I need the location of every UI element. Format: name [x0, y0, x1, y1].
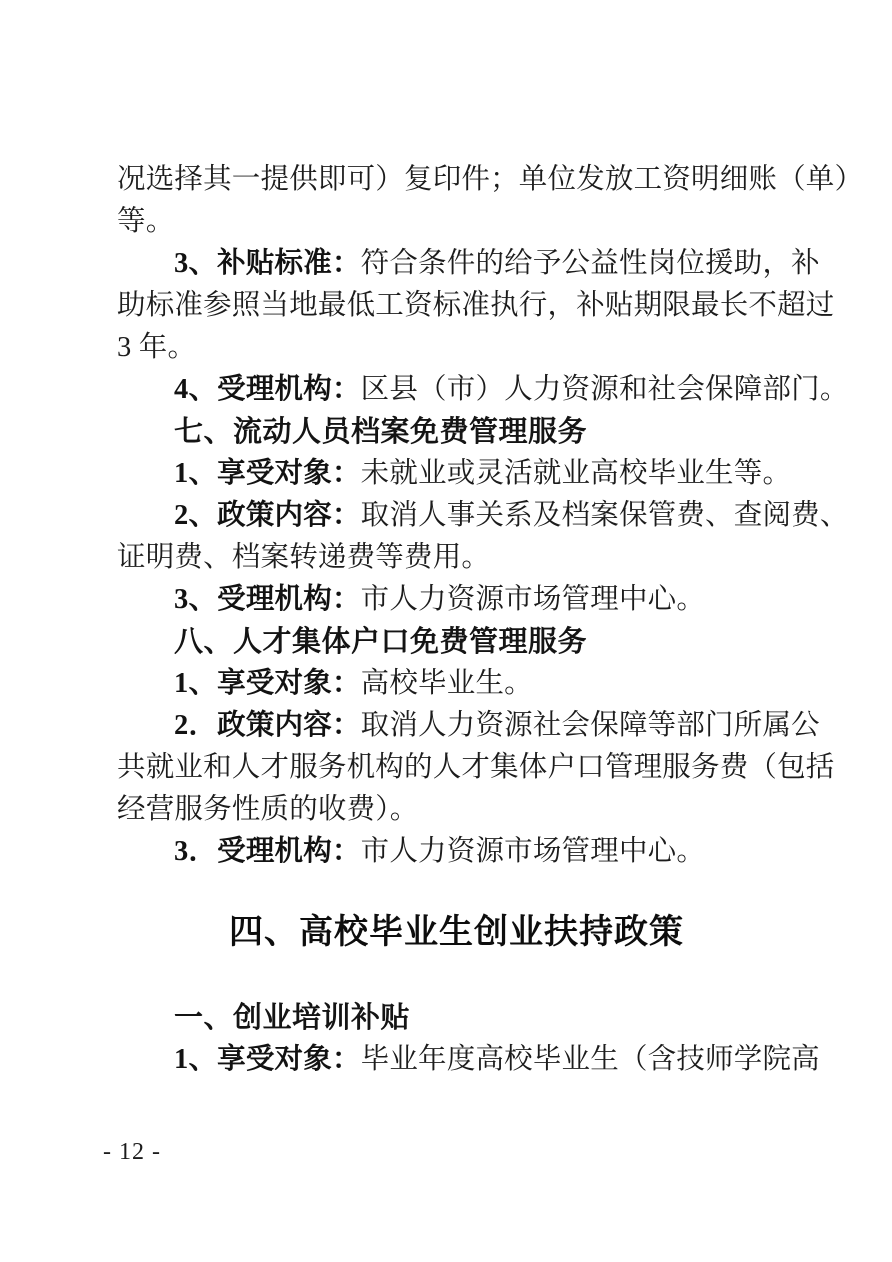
paragraph-line: 3、受理机构：市人力资源市场管理中心。 — [117, 579, 850, 621]
document-body: 况选择其一提供即可）复印件；单位发放工资明细账（单） 等。 3、补贴标准：符合条… — [117, 159, 850, 1081]
section-heading: 八、人才集体户口免费管理服务 — [117, 621, 850, 663]
list-item-label: 3、补贴标准： — [174, 248, 361, 279]
paragraph-line: 1、享受对象：毕业年度高校毕业生（含技师学院高 — [117, 1039, 850, 1081]
page-number: - 12 - — [103, 1139, 161, 1165]
paragraph-line: 3 年。 — [117, 327, 850, 369]
paragraph-line: 经营服务性质的收费）。 — [117, 789, 850, 831]
paragraph-text: 取消人力资源社会保障等部门所属公 — [361, 710, 820, 741]
paragraph-line: 4、受理机构：区县（市）人力资源和社会保障部门。 — [117, 369, 850, 411]
paragraph-text: 未就业或灵活就业高校毕业生等。 — [361, 458, 792, 489]
list-item-label: 2、政策内容： — [174, 500, 361, 531]
paragraph: 1、享受对象：毕业年度高校毕业生（含技师学院高 — [117, 1039, 850, 1081]
paragraph-line: 助标准参照当地最低工资标准执行，补贴期限最长不超过 — [117, 285, 850, 327]
paragraph-line: 证明费、档案转递费等费用。 — [117, 537, 850, 579]
paragraph-line: 2、政策内容：取消人事关系及档案保管费、查阅费、 — [117, 495, 850, 537]
paragraph: 2．政策内容：取消人力资源社会保障等部门所属公 共就业和人才服务机构的人才集体户… — [117, 705, 850, 831]
paragraph: 1、享受对象：未就业或灵活就业高校毕业生等。 — [117, 453, 850, 495]
paragraph: 3、补贴标准：符合条件的给予公益性岗位援助，补 助标准参照当地最低工资标准执行，… — [117, 243, 850, 369]
paragraph: 3．受理机构：市人力资源市场管理中心。 — [117, 831, 850, 873]
paragraph-line: 1、享受对象：未就业或灵活就业高校毕业生等。 — [117, 453, 850, 495]
document-page: 况选择其一提供即可）复印件；单位发放工资明细账（单） 等。 3、补贴标准：符合条… — [0, 0, 892, 1262]
paragraph-line: 2．政策内容：取消人力资源社会保障等部门所属公 — [117, 705, 850, 747]
paragraph: 4、受理机构：区县（市）人力资源和社会保障部门。 — [117, 369, 850, 411]
paragraph: 3、受理机构：市人力资源市场管理中心。 — [117, 579, 850, 621]
paragraph-text: 市人力资源市场管理中心。 — [361, 836, 705, 867]
list-item-label: 1、享受对象： — [174, 458, 361, 489]
paragraph-text: 市人力资源市场管理中心。 — [361, 584, 705, 615]
paragraph-text: 区县（市）人力资源和社会保障部门。 — [361, 374, 849, 405]
list-item-label: 4、受理机构： — [174, 374, 361, 405]
paragraph-line: 况选择其一提供即可）复印件；单位发放工资明细账（单） — [117, 159, 850, 201]
paragraph-line: 3、补贴标准：符合条件的给予公益性岗位援助，补 — [117, 243, 850, 285]
paragraph-text: 取消人事关系及档案保管费、查阅费、 — [361, 500, 849, 531]
paragraph-line: 等。 — [117, 201, 850, 243]
list-item-label: 1、享受对象： — [174, 668, 361, 699]
list-item-label: 3．受理机构： — [174, 836, 361, 867]
section-heading: 一、创业培训补贴 — [117, 997, 850, 1039]
paragraph: 况选择其一提供即可）复印件；单位发放工资明细账（单） 等。 — [117, 159, 850, 243]
paragraph-text: 毕业年度高校毕业生（含技师学院高 — [361, 1044, 820, 1075]
list-item-label: 3、受理机构： — [174, 584, 361, 615]
chapter-heading: 四、高校毕业生创业扶持政策 — [90, 909, 823, 957]
section-heading: 七、流动人员档案免费管理服务 — [117, 411, 850, 453]
paragraph-line: 1、享受对象：高校毕业生。 — [117, 663, 850, 705]
paragraph: 1、享受对象：高校毕业生。 — [117, 663, 850, 705]
list-item-label: 2．政策内容： — [174, 710, 361, 741]
paragraph-line: 3．受理机构：市人力资源市场管理中心。 — [117, 831, 850, 873]
paragraph-text: 符合条件的给予公益性岗位援助，补 — [361, 248, 820, 279]
list-item-label: 1、享受对象： — [174, 1044, 361, 1075]
paragraph-text: 高校毕业生。 — [361, 668, 533, 699]
paragraph-line: 共就业和人才服务机构的人才集体户口管理服务费（包括 — [117, 747, 850, 789]
paragraph: 2、政策内容：取消人事关系及档案保管费、查阅费、 证明费、档案转递费等费用。 — [117, 495, 850, 579]
